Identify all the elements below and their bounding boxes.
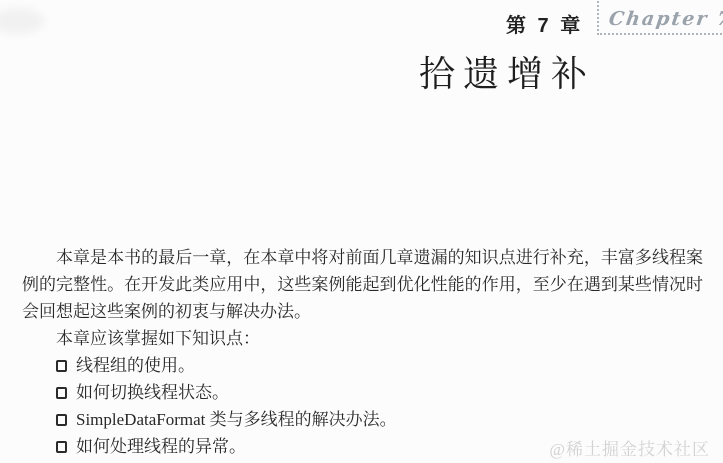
scan-artifact: [0, 8, 44, 34]
chapter-english-script: Chapter 7: [607, 8, 723, 30]
intro-paragraph: 本章是本书的最后一章，在本章中将对前面几章遗漏的知识点进行补充，丰富多线程案例的…: [22, 244, 703, 325]
checkbox-bullet-icon: [56, 414, 67, 426]
chapter-english-box: Chapter 7: [597, 0, 723, 35]
list-lead-line: 本章应该掌握如下知识点：: [22, 325, 703, 352]
book-page: 第 7 章 Chapter 7 拾遗增补 本章是本书的最后一章，在本章中将对前面…: [0, 0, 723, 463]
list-item: 线程组的使用。: [56, 352, 703, 379]
list-item-text: 线程组的使用。: [76, 356, 195, 375]
list-item: SimpleDataFormat 类与多线程的解决办法。: [56, 406, 703, 433]
list-item-text: 如何处理线程的异常。: [76, 437, 246, 456]
checkbox-bullet-icon: [56, 441, 67, 453]
list-item: 如何切换线程状态。: [56, 379, 703, 406]
checkbox-bullet-icon: [56, 360, 67, 372]
checkbox-bullet-icon: [56, 387, 67, 399]
site-watermark: @稀土掘金技术社区: [549, 435, 710, 460]
chapter-title: 拾遗增补: [0, 46, 595, 97]
body-text-block: 本章是本书的最后一章，在本章中将对前面几章遗漏的知识点进行补充，丰富多线程案例的…: [22, 244, 703, 460]
list-item-text: SimpleDataFormat 类与多线程的解决办法。: [76, 410, 397, 429]
list-item-text: 如何切换线程状态。: [76, 383, 229, 402]
chapter-number-label: 第 7 章: [506, 9, 583, 38]
